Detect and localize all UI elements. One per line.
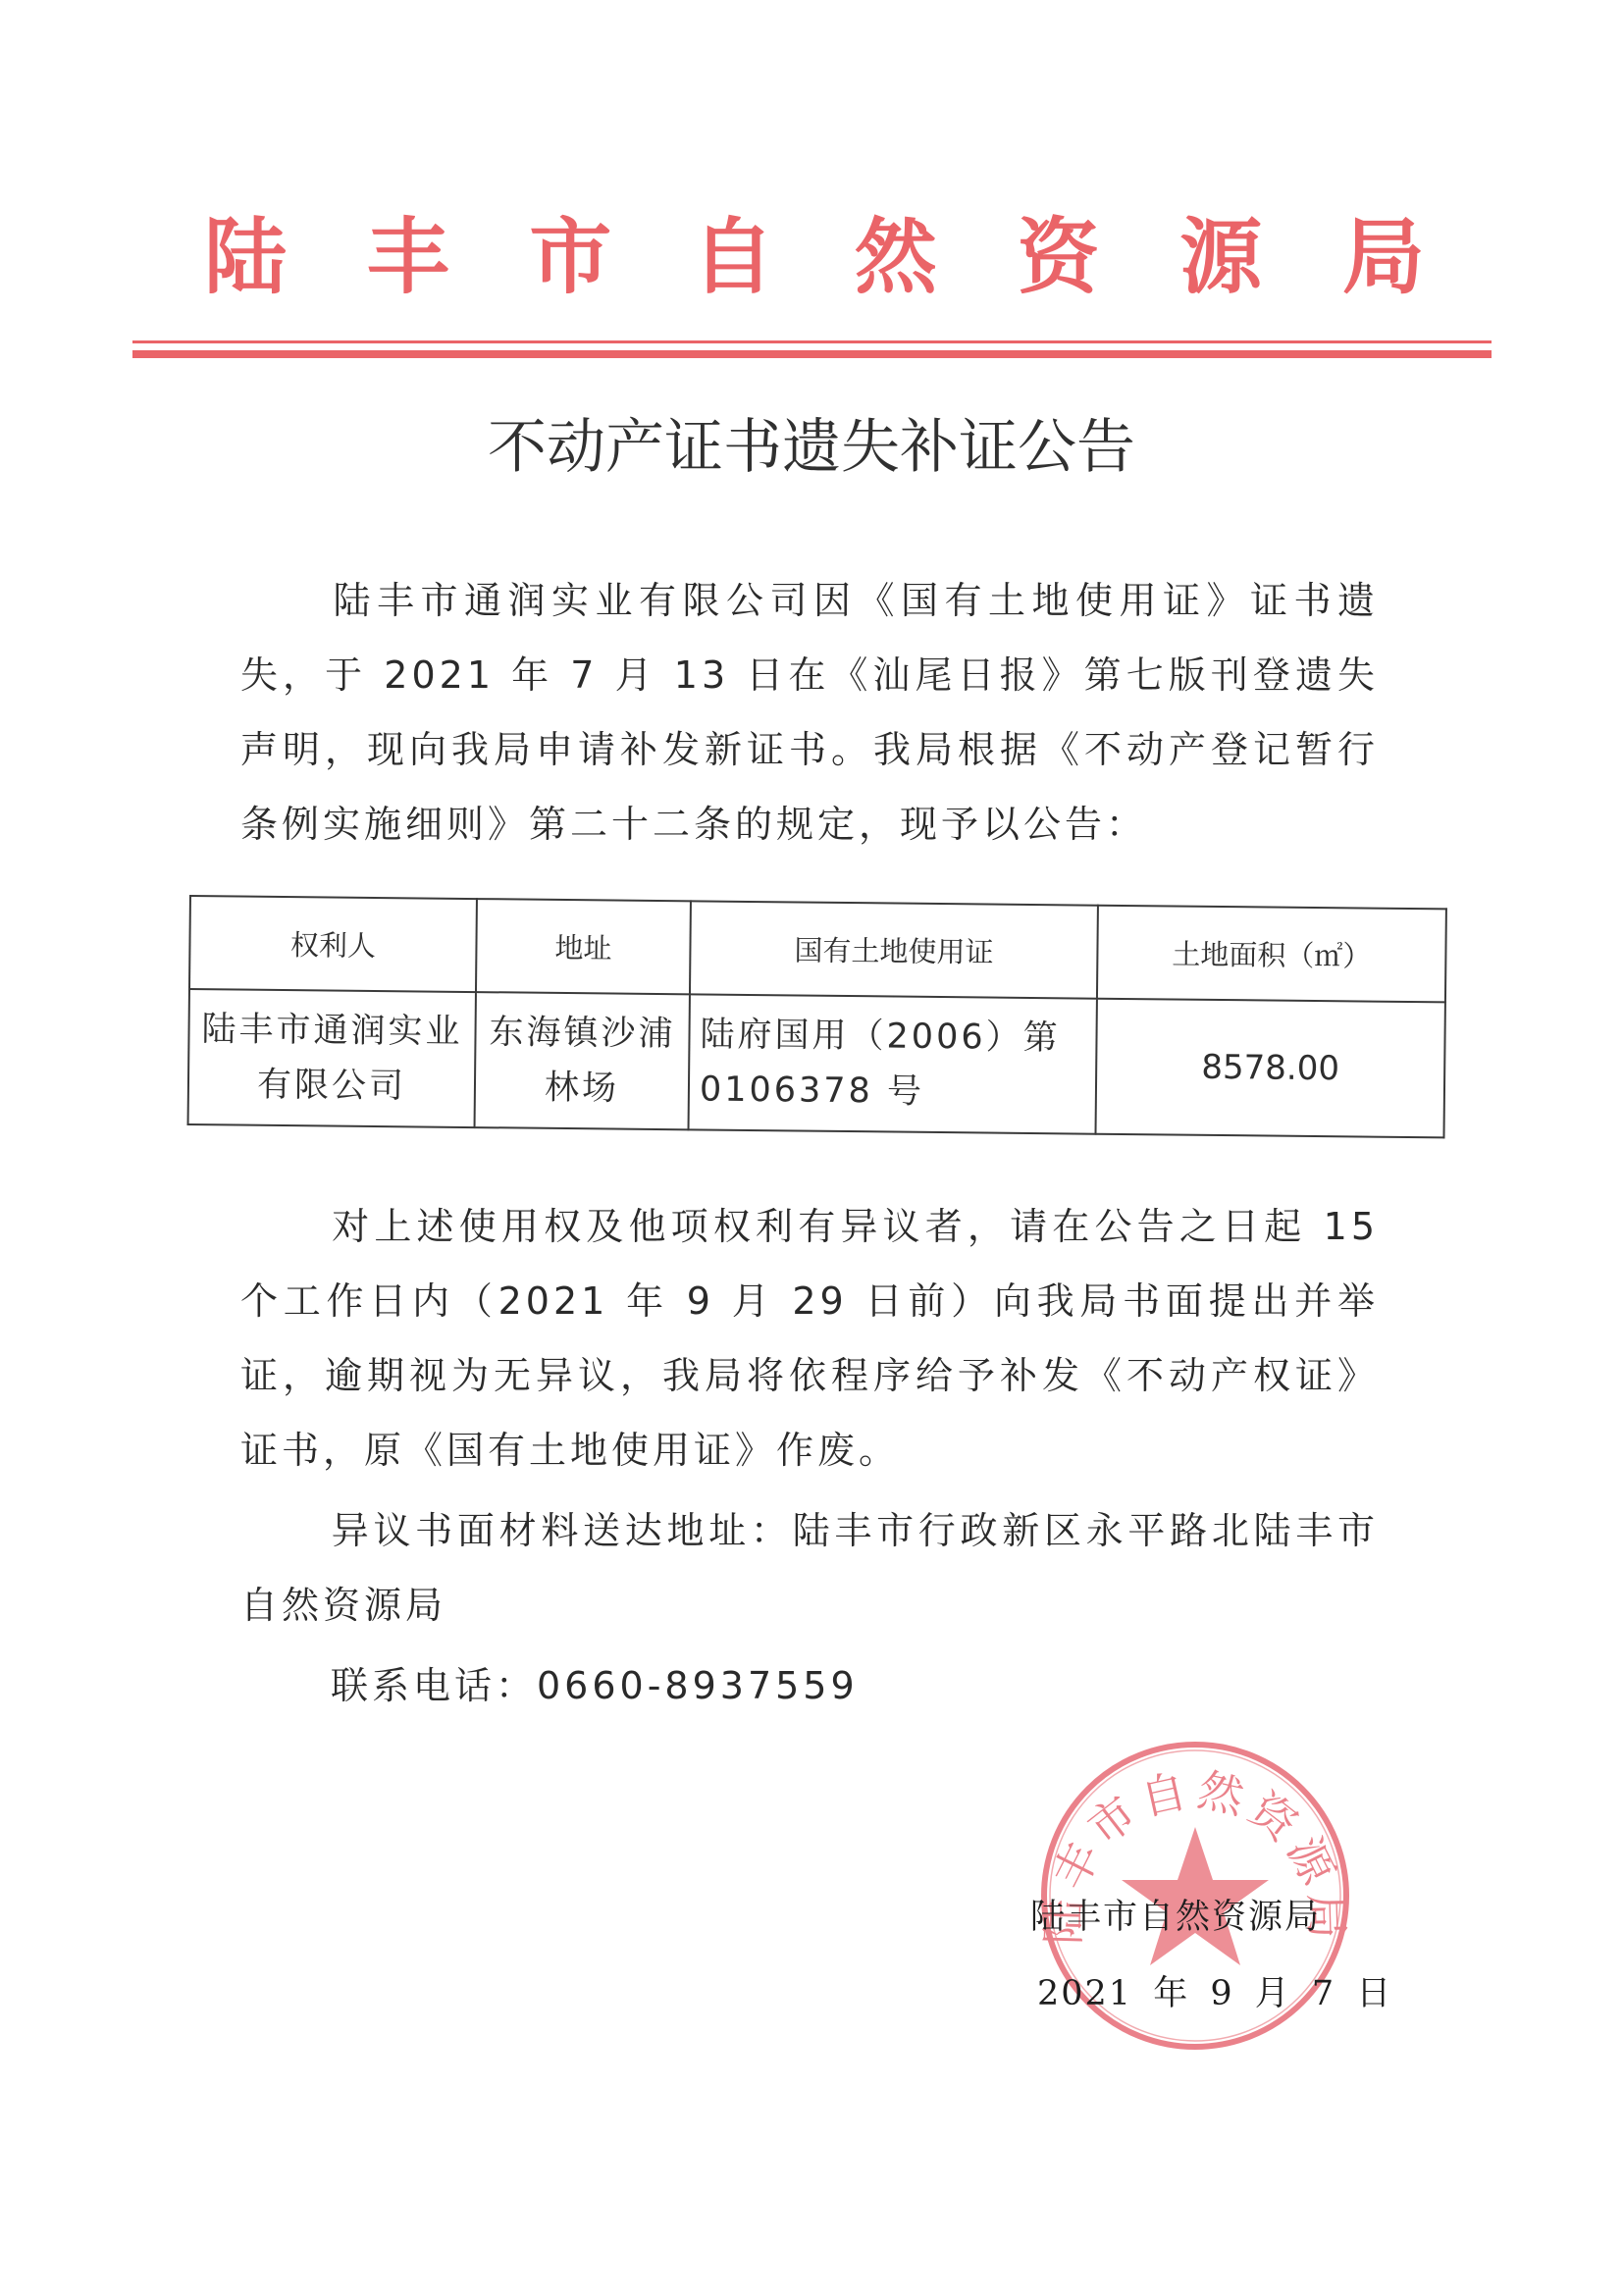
- letterhead-rule-thin: [132, 340, 1492, 343]
- paragraph-text: 对上述使用权及他项权利有异议者，请在公告之日起 15 个工作日内（2021 年 …: [240, 1205, 1379, 1472]
- letterhead-char: 陆: [196, 208, 294, 306]
- notice-paragraph-phone: 联系电话：0660-8937559: [240, 1648, 1379, 1723]
- paragraph-text: 陆丰市通润实业有限公司因《国有土地使用证》证书遗失，于 2021 年 7 月 1…: [240, 579, 1379, 846]
- letterhead-rule-thick: [132, 350, 1492, 358]
- notice-paragraph-intro: 陆丰市通润实业有限公司因《国有土地使用证》证书遗失，于 2021 年 7 月 1…: [240, 563, 1379, 861]
- paragraph-text: 联系电话：0660-8937559: [331, 1664, 859, 1707]
- letterhead-char: 市: [521, 208, 619, 306]
- header-certificate: 国有土地使用证: [690, 901, 1098, 998]
- letterhead-char: 自: [684, 208, 782, 306]
- table-header-row: 权利人 地址 国有土地使用证 土地面积（㎡）: [189, 896, 1446, 1002]
- cell-holder: 陆丰市通润实业有限公司: [188, 989, 476, 1127]
- notice-paragraph-address: 异议书面材料送达地址：陆丰市行政新区永平路北陆丰市自然资源局: [240, 1493, 1379, 1643]
- cell-certificate: 陆府国用（2006）第 0106378 号: [689, 994, 1097, 1133]
- notice-paragraph-objection: 对上述使用权及他项权利有异议者，请在公告之日起 15 个工作日内（2021 年 …: [240, 1189, 1379, 1487]
- paragraph-text: 异议书面材料送达地址：陆丰市行政新区永平路北陆丰市自然资源局: [240, 1509, 1379, 1627]
- letterhead-org-name: 陆 丰 市 自 然 资 源 局: [196, 208, 1433, 306]
- letterhead-char: 源: [1172, 208, 1270, 306]
- letterhead-char: 资: [1010, 208, 1108, 306]
- letterhead-char: 丰: [359, 208, 457, 306]
- signature-date: 2021 年 9 月 7 日: [1037, 1966, 1392, 2021]
- header-address: 地址: [476, 899, 691, 994]
- header-holder: 权利人: [189, 896, 477, 992]
- certificate-table: 权利人 地址 国有土地使用证 土地面积（㎡） 陆丰市通润实业有限公司 东海镇沙浦…: [187, 895, 1447, 1138]
- header-area: 土地面积（㎡）: [1097, 906, 1446, 1003]
- document-title: 不动产证书遗失补证公告: [0, 410, 1623, 485]
- cell-area: 8578.00: [1095, 999, 1444, 1138]
- letterhead-char: 然: [847, 208, 945, 306]
- table-row: 陆丰市通润实业有限公司 东海镇沙浦林场 陆府国用（2006）第 0106378 …: [188, 989, 1445, 1137]
- cell-address: 东海镇沙浦林场: [475, 992, 690, 1129]
- letterhead-char: 局: [1335, 208, 1433, 306]
- signature-organization: 陆丰市自然资源局: [1030, 1890, 1321, 1945]
